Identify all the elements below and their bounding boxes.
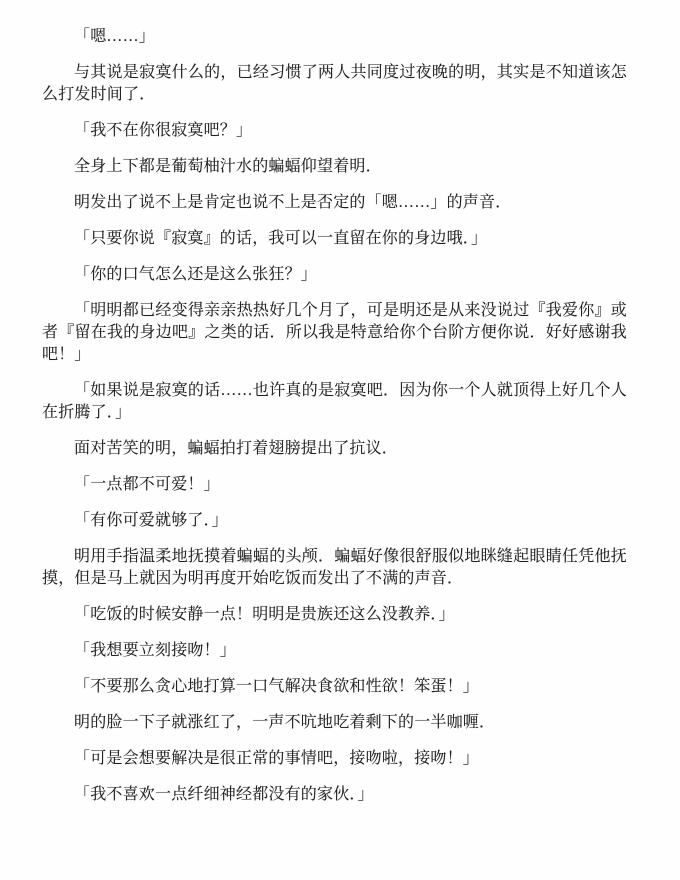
paragraph: 「我不在你很寂寞吧？」 [42, 120, 627, 142]
paragraph: 与其说是寂寞什么的，已经习惯了两人共同度过夜晚的明，其实是不知道该怎么打发时间了… [42, 62, 627, 106]
paragraph: 「有你可爱就够了．」 [42, 510, 627, 532]
paragraph: 「吃饭的时候安静一点！明明是贵族还这么没教养．」 [42, 604, 627, 626]
paragraph: 「可是会想要解决是很正常的事情吧，接吻啦，接吻！」 [42, 748, 627, 770]
paragraph: 明发出了说不上是肯定也说不上是否定的「嗯……」的声音． [42, 192, 627, 214]
paragraph: 明用手指温柔地抚摸着蝙蝠的头颅．蝙蝠好像很舒服似地眯缝起眼睛任凭他抚摸，但是马上… [42, 546, 627, 590]
paragraph: 「你的口气怎么还是这么张狂？」 [42, 264, 627, 286]
paragraph: 「不要那么贪心地打算一口气解决食欲和性欲！笨蛋！」 [42, 676, 627, 698]
paragraph: 「我不喜欢一点纤细神经都没有的家伙．」 [42, 784, 627, 806]
paragraph: 「只要你说『寂寞』的话，我可以一直留在你的身边哦．」 [42, 228, 627, 250]
paragraph: 明的脸一下子就涨红了，一声不吭地吃着剩下的一半咖喱． [42, 712, 627, 734]
paragraph: 「明明都已经变得亲亲热热好几个月了，可是明还是从来没说过『我爱你』或者『留在我的… [42, 300, 627, 366]
paragraph: 「嗯……」 [42, 26, 627, 48]
paragraph: 「我想要立刻接吻！」 [42, 640, 627, 662]
paragraph: 全身上下都是葡萄柚汁水的蝙蝠仰望着明． [42, 156, 627, 178]
paragraph: 「一点都不可爱！」 [42, 474, 627, 496]
paragraph: 「如果说是寂寞的话……也许真的是寂寞吧．因为你一个人就顶得上好几个人在折腾了．」 [42, 380, 627, 424]
paragraph: 面对苦笑的明，蝙蝠拍打着翅膀提出了抗议． [42, 438, 627, 460]
novel-page: 「嗯……」 与其说是寂寞什么的，已经习惯了两人共同度过夜晚的明，其实是不知道该怎… [0, 0, 680, 880]
